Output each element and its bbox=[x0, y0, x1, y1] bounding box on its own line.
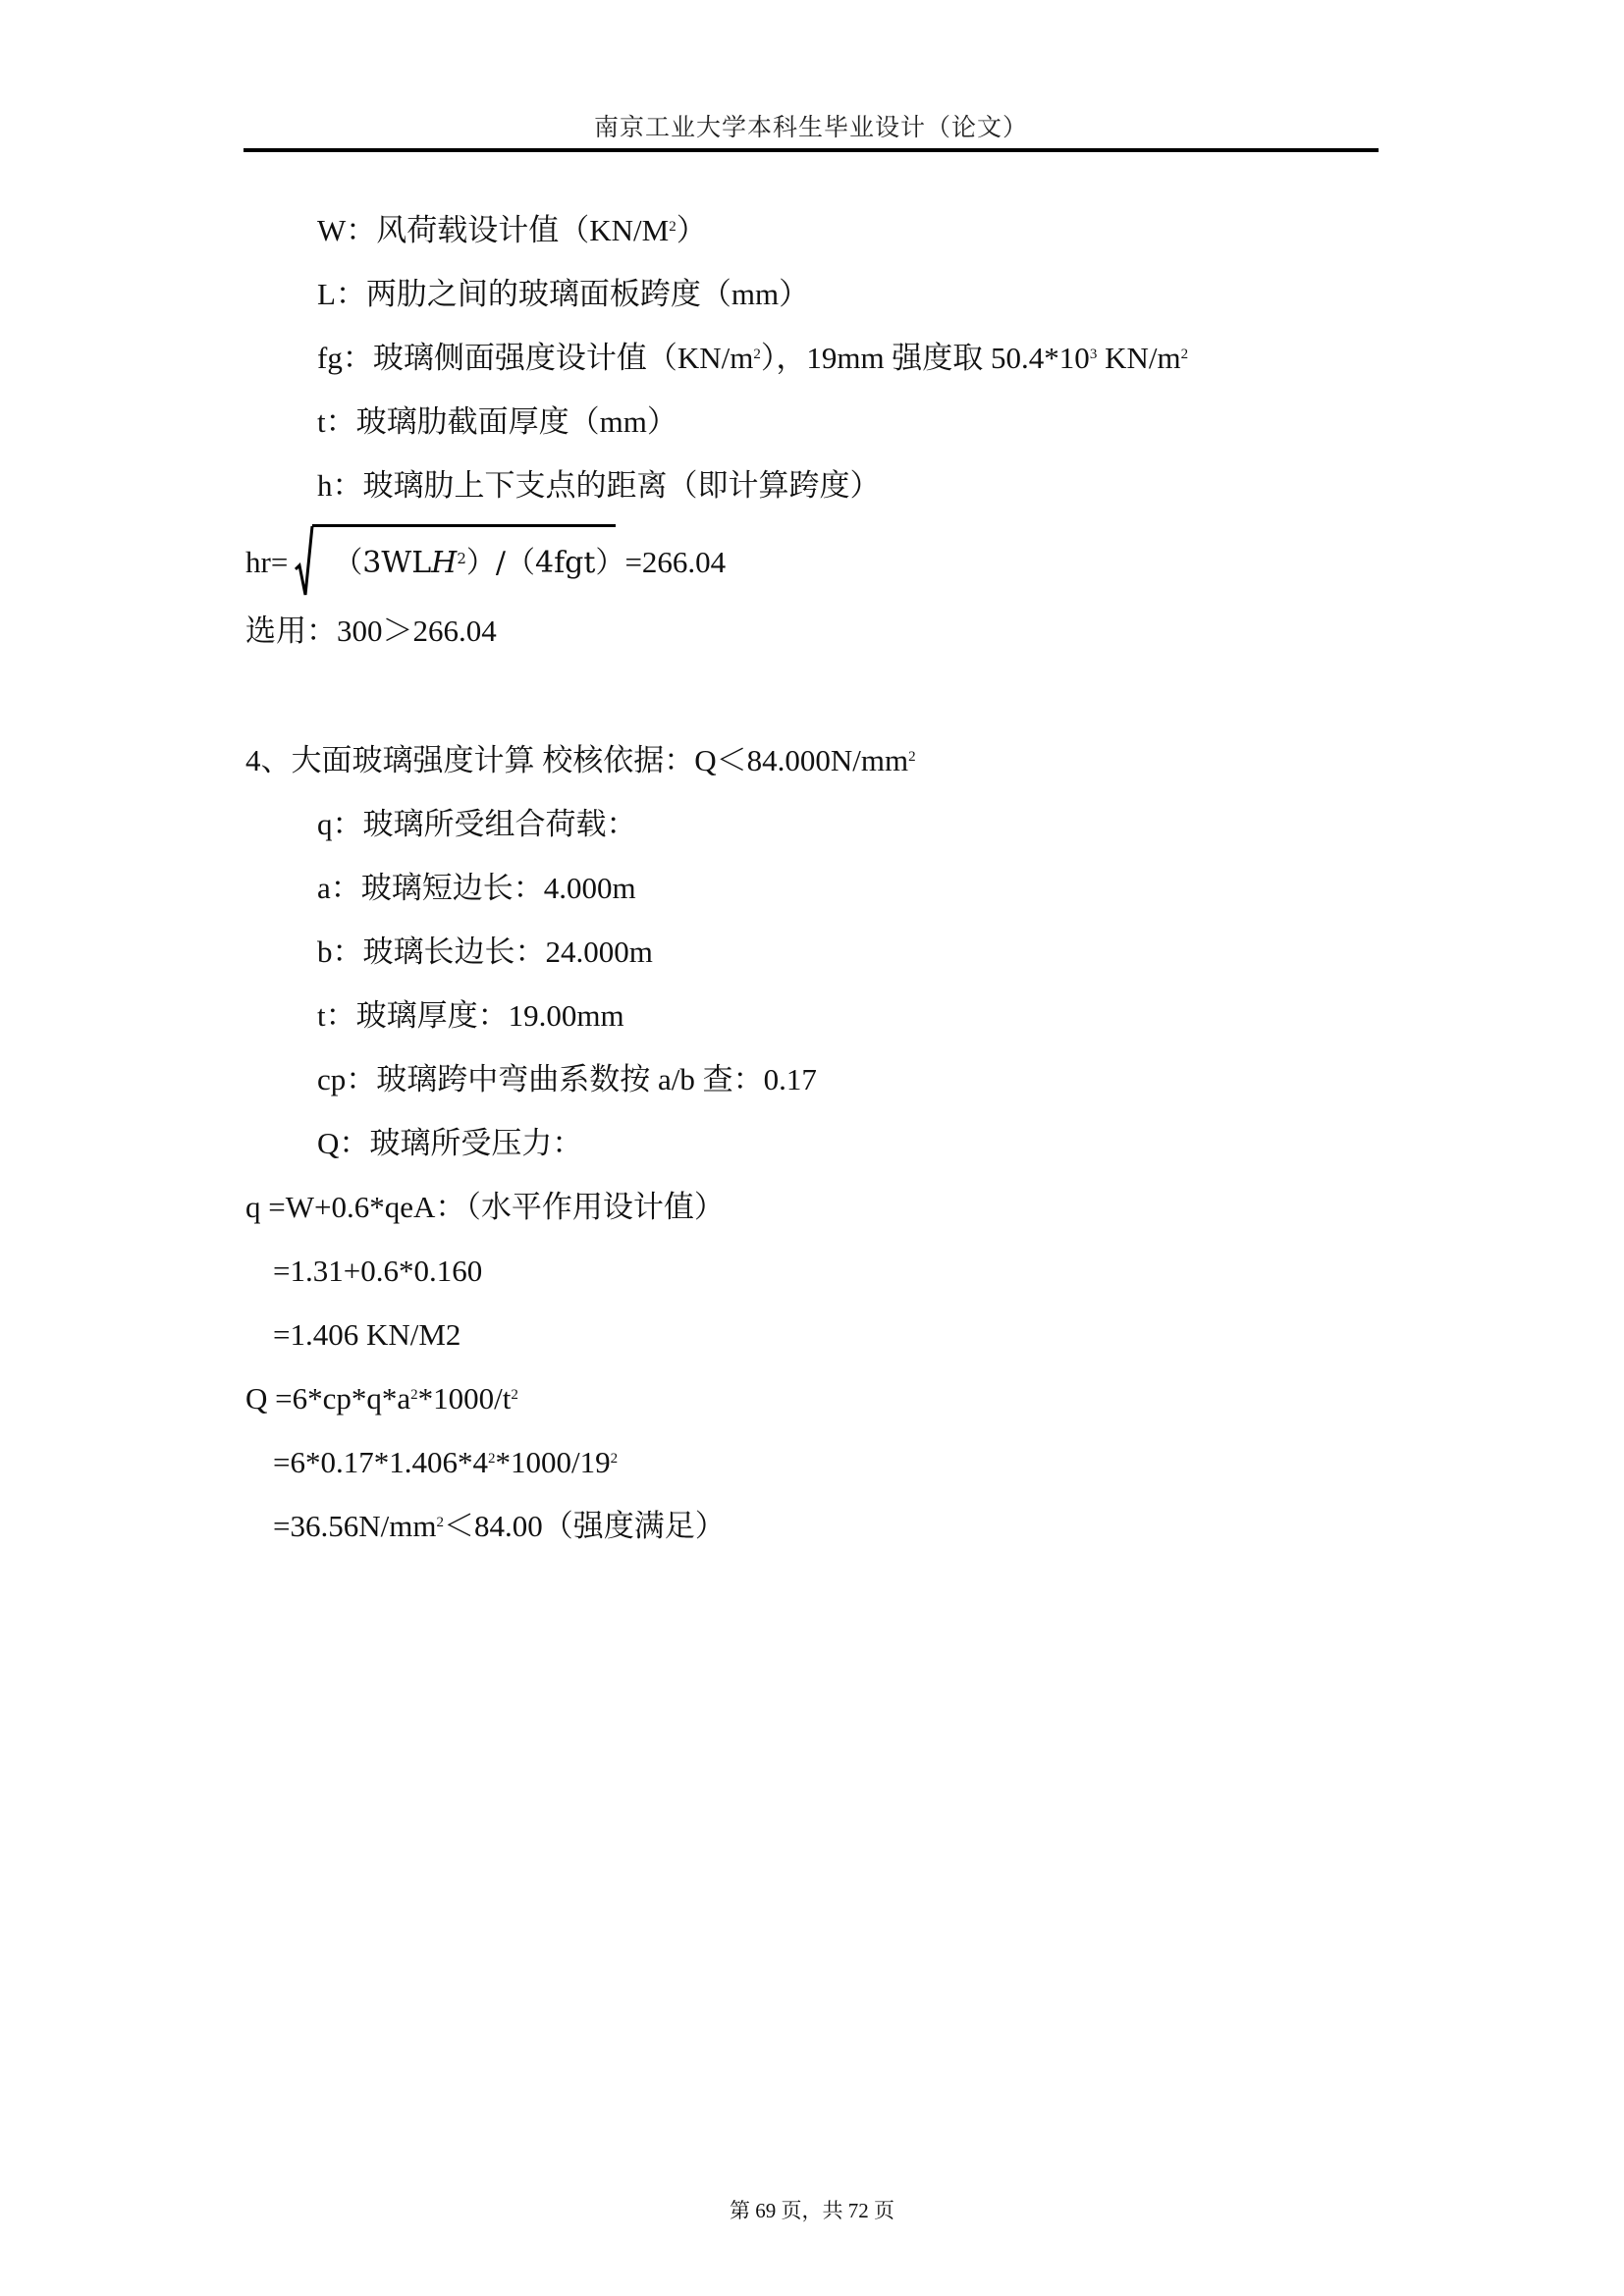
superscript: 2 bbox=[908, 749, 916, 765]
header-rule bbox=[244, 148, 1379, 152]
definition-text: t：玻璃肋截面厚度（mm） bbox=[317, 404, 677, 439]
superscript: 2 bbox=[488, 1451, 496, 1467]
radicand-part: （3WL bbox=[333, 546, 431, 580]
page-footer: 第 69 页，共 72 页 bbox=[0, 2197, 1624, 2224]
sqrt-overline bbox=[312, 524, 616, 527]
superscript: 2 bbox=[511, 1387, 518, 1403]
superscript: 2 bbox=[753, 347, 761, 362]
definition-t: t：玻璃肋截面厚度（mm） bbox=[317, 405, 677, 439]
calc-text: Q =6*cp*q*a bbox=[245, 1381, 410, 1415]
definition-text: fg：玻璃侧面强度设计值（KN/m bbox=[317, 341, 753, 375]
definition-text: L：两肋之间的玻璃面板跨度（mm） bbox=[317, 277, 809, 311]
definition-w: W：风荷载设计值（KN/M2） bbox=[317, 214, 707, 247]
item-cp: cp：玻璃跨中弯曲系数按 a/b 查：0.17 bbox=[317, 1063, 817, 1096]
q-calc-line-3: =1.406 KN/M2 bbox=[273, 1318, 460, 1352]
definition-h: h：玻璃肋上下支点的距离（即计算跨度） bbox=[317, 469, 881, 503]
definition-fg: fg：玻璃侧面强度设计值（KN/m2），19mm 强度取 50.4*103 KN… bbox=[317, 342, 1188, 375]
q-calc-line-2: =1.31+0.6*0.160 bbox=[273, 1255, 482, 1288]
formula-lhs: hr= bbox=[245, 545, 288, 579]
heading-text: 4、大面玻璃强度计算 校核依据：Q＜84.000N/mm bbox=[245, 743, 908, 777]
hr-formula: hr=（3WLH2）/（4fgt）=266.04 bbox=[245, 546, 726, 579]
radicand-part: ）/（4fgt） bbox=[466, 546, 625, 580]
definition-l: L：两肋之间的玻璃面板跨度（mm） bbox=[317, 278, 809, 311]
formula-radicand: （3WLH2）/（4fgt） bbox=[333, 546, 624, 580]
superscript: 3 bbox=[1090, 347, 1098, 362]
item-b: b：玻璃长边长：24.000m bbox=[317, 935, 653, 969]
superscript: 2 bbox=[457, 550, 466, 567]
definition-text: h：玻璃肋上下支点的距离（即计算跨度） bbox=[317, 468, 881, 503]
calc-text: =6*0.17*1.406*4 bbox=[273, 1445, 488, 1479]
document-page: 南京工业大学本科生毕业设计（论文） W：风荷载设计值（KN/M2） L：两肋之间… bbox=[0, 0, 1624, 2296]
calc-text: =36.56N/mm bbox=[273, 1509, 436, 1543]
definition-text: ），19mm 强度取 50.4*10 bbox=[761, 341, 1090, 375]
superscript: 2 bbox=[669, 219, 677, 235]
section-heading: 4、大面玻璃强度计算 校核依据：Q＜84.000N/mm2 bbox=[245, 744, 916, 777]
item-q: q：玻璃所受组合荷载： bbox=[317, 808, 637, 841]
running-header: 南京工业大学本科生毕业设计（论文） bbox=[244, 114, 1379, 143]
calc-text: *1000/19 bbox=[495, 1445, 610, 1479]
Q-calc-line-2: =6*0.17*1.406*42*1000/192 bbox=[273, 1446, 618, 1479]
item-a: a：玻璃短边长：4.000m bbox=[317, 872, 636, 905]
item-t: t：玻璃厚度：19.00mm bbox=[317, 999, 624, 1033]
superscript: 2 bbox=[436, 1515, 444, 1530]
definition-text: W：风荷载设计值（KN/M bbox=[317, 213, 669, 247]
q-calc-line-1: q =W+0.6*qeA：（水平作用设计值） bbox=[245, 1191, 725, 1224]
definition-text: ） bbox=[677, 213, 707, 247]
superscript: 2 bbox=[611, 1451, 619, 1467]
item-Q: Q：玻璃所受压力： bbox=[317, 1127, 582, 1160]
definition-text: KN/m bbox=[1097, 341, 1180, 375]
formula-result: =266.04 bbox=[624, 545, 726, 579]
selection-line: 选用：300＞266.04 bbox=[245, 614, 497, 648]
superscript: 2 bbox=[1181, 347, 1189, 362]
Q-calc-line-3: =36.56N/mm2＜84.00（强度满足） bbox=[273, 1510, 726, 1543]
Q-calc-line-1: Q =6*cp*q*a2*1000/t2 bbox=[245, 1382, 518, 1415]
superscript: 2 bbox=[410, 1387, 418, 1403]
calc-text: ＜84.00（强度满足） bbox=[444, 1509, 726, 1543]
calc-text: *1000/t bbox=[418, 1381, 512, 1415]
radicand-variable: H bbox=[431, 546, 457, 580]
